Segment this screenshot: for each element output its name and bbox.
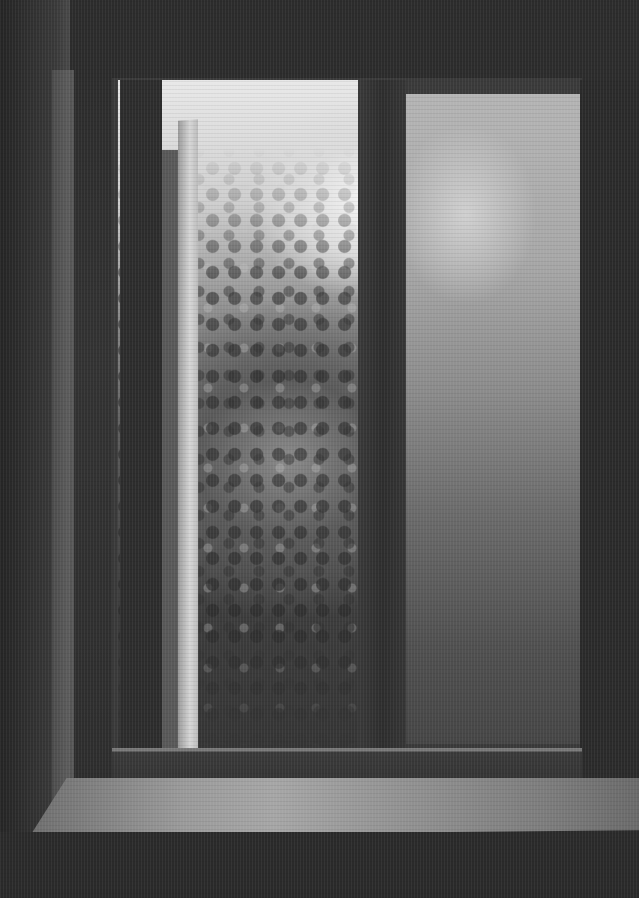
- window-photograph: [0, 0, 639, 898]
- open-casement-sash: [120, 80, 202, 750]
- sash-frame-shadow: [120, 80, 162, 750]
- ceiling-wall-shadow: [0, 0, 639, 80]
- window-mullion: [358, 80, 406, 770]
- sash-lit-edge: [178, 119, 198, 760]
- frosted-glass-pane: [406, 94, 580, 744]
- left-window-reveal: [52, 70, 74, 810]
- right-wall: [580, 80, 639, 800]
- window-bottom-rail: [112, 748, 582, 778]
- window-sill: [30, 778, 639, 836]
- wall-below-sill: [0, 832, 639, 898]
